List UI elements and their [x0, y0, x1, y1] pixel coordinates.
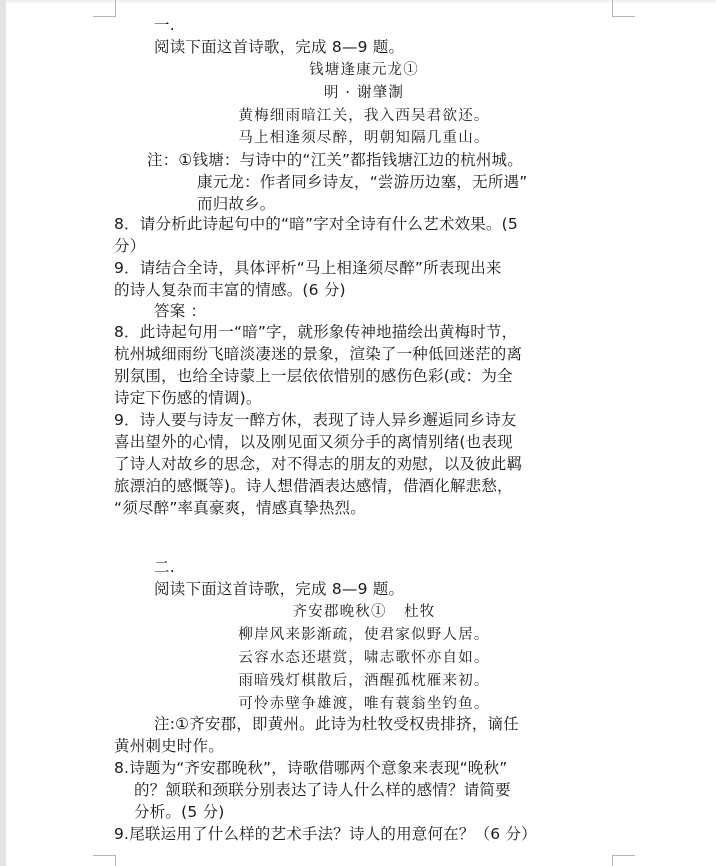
- poem-2-note: 注:①齐安郡，即黄州。此诗为杜牧受权贵排挤，谪任: [154, 713, 519, 735]
- answer-line: 诗定下伤感的情调)。: [114, 387, 262, 409]
- poem-1-line: 黄梅细雨暗江关，我入西吴君欲还。: [114, 105, 614, 127]
- question-8: 8．请分析此诗起句中的“暗”字对全诗有什么艺术效果。(5: [114, 213, 518, 235]
- answer-line: 8．此诗起句用一“暗”字，就形象传神地描绘出黄梅时节，: [114, 321, 517, 343]
- section-1-instruction: 阅读下面这首诗歌，完成 8—9 题。: [154, 36, 404, 58]
- poem-2-note: 黄州刺史时作。: [114, 735, 224, 757]
- question-8: 8.诗题为“齐安郡晚秋”，诗歌借哪两个意象来表现“晚秋”: [114, 757, 508, 779]
- question-8-cont: 的？颔联和颈联分别表达了诗人什么样的感情？请简要: [134, 779, 511, 801]
- answer-line: 杭州城细雨纷飞暗淡凄迷的景象，渲染了一种低回迷茫的离: [114, 343, 522, 365]
- answer-line: 了诗人对故乡的思念，对不得志的朋友的劝慰，以及彼此羁: [114, 453, 522, 475]
- poem-1-author: 明 · 谢肇淛: [114, 82, 614, 104]
- question-9: 9.尾联运用了什么样的艺术手法？诗人的用意何在？（6 分）: [114, 823, 537, 845]
- answer-line: “须尽醉”率真豪爽，情感真挚热烈。: [114, 497, 366, 519]
- section-2-instruction: 阅读下面这首诗歌，完成 8—9 题。: [154, 578, 404, 600]
- answer-line: 9．诗人要与诗友一醉方休，表现了诗人异乡邂逅同乡诗友: [114, 409, 517, 431]
- poem-2-line: 云容水态还堪赏，啸志歌怀亦自如。: [114, 647, 614, 669]
- left-margin-strip: [0, 0, 6, 866]
- poem-1-note: 康元龙：作者同乡诗友，“尝游历边塞，无所遇”: [197, 171, 527, 193]
- section-2-number: 二.: [154, 556, 175, 578]
- poem-2-line: 柳岸风来影渐疏，使君家似野人居。: [114, 624, 614, 646]
- page-corner-mark-bottom-right: [612, 855, 635, 866]
- answer-line: 别氛围，也给全诗蒙上一层依依惜别的感伤色彩(或：为全: [114, 365, 513, 387]
- answer-label: 答案 ：: [154, 300, 206, 322]
- question-9-cont: 的诗人复杂而丰富的情感。(6 分): [114, 279, 346, 301]
- poem-1-note: 而归故乡。: [197, 193, 276, 215]
- poem-2-line: 可怜赤壁争雄渡，唯有蓑翁坐钓鱼。: [114, 693, 614, 715]
- page-corner-mark-bottom-left: [93, 855, 116, 866]
- poem-2-line: 雨暗残灯棋散后，酒醒孤枕雁来初。: [114, 670, 614, 692]
- question-9: 9．请结合全诗，具体评析“马上相逢须尽醉”所表现出来: [114, 257, 502, 279]
- page-corner-mark-top-right: [612, 0, 635, 17]
- poem-2-title: 齐安郡晚秋① 杜牧: [114, 601, 614, 623]
- section-1-number: 一.: [154, 14, 175, 36]
- answer-line: 喜出望外的心情，以及刚见面又须分手的离情别绪(也表现: [114, 431, 513, 453]
- answer-line: 旅漂泊的感慨等)。诗人想借酒表达感情，借酒化解悲愁，: [114, 475, 513, 497]
- poem-1-line: 马上相逢须尽醉，明朝知隔几重山。: [114, 127, 614, 149]
- page-corner-mark-top-left: [93, 0, 116, 17]
- question-8-cont: 分析。(5 分): [134, 801, 224, 823]
- question-8-cont: 分）: [114, 235, 145, 257]
- poem-1-title: 钱塘逢康元龙①: [114, 59, 614, 81]
- poem-1-note: 注：①钱塘：与诗中的“江关”都指钱塘江边的杭州城。: [147, 149, 523, 171]
